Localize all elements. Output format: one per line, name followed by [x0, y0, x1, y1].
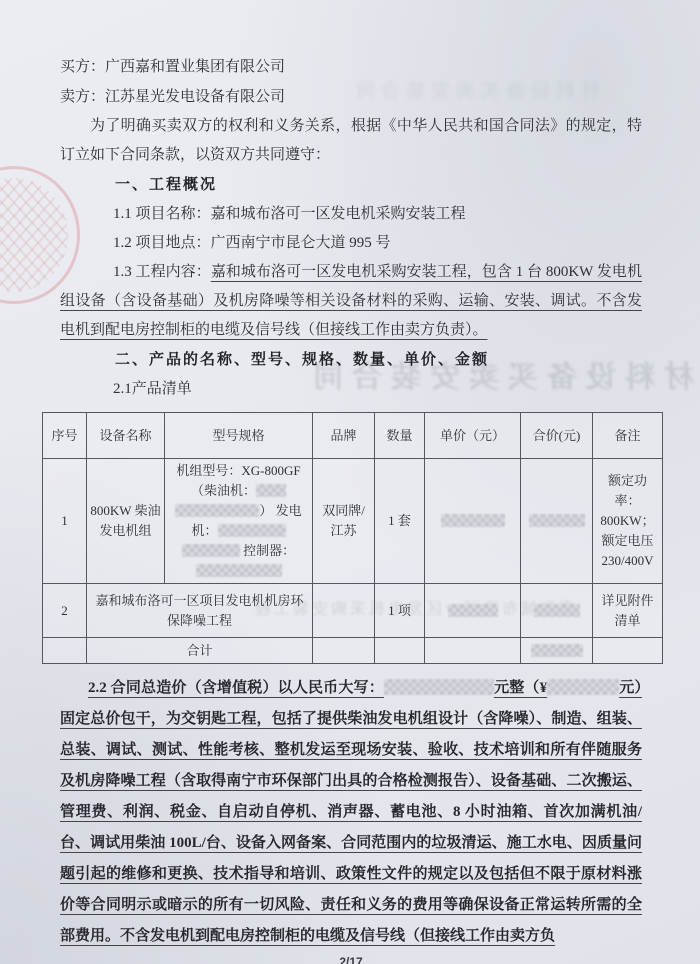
redacted-unit-price — [441, 514, 505, 527]
col-header-total-price: 合价(元) — [521, 413, 593, 459]
row1-name: 800KW 柴油发电机组 — [87, 459, 165, 584]
row1-qty: 1 套 — [375, 459, 425, 584]
total-brand-empty — [313, 638, 375, 664]
col-header-unit-price: 单价（元） — [425, 413, 521, 459]
row1-unit-price — [425, 459, 521, 584]
section-2-heading: 二、产品的名称、型号、规格、数量、单价、金额 — [60, 345, 642, 375]
redacted-amount-figures — [547, 679, 619, 695]
page-number: 2/17 — [60, 955, 642, 964]
col-header-brand: 品牌 — [313, 413, 375, 459]
item-1-3-label: 1.3 工程内容： — [113, 264, 211, 280]
total-remark-empty — [593, 638, 663, 664]
total-label: 合计 — [87, 638, 313, 664]
row2-qty: 1 项 — [375, 584, 425, 638]
seller-line: 卖方：江苏星光发电设备有限公司 — [60, 82, 642, 112]
redacted-engine-value-2 — [175, 504, 259, 517]
row2-remark: 详见附件清单 — [593, 584, 663, 638]
redacted-unit-price-2 — [448, 604, 498, 617]
redacted-grand-total — [531, 644, 583, 657]
redacted-alternator-value — [218, 524, 286, 537]
col-header-no: 序号 — [43, 413, 87, 459]
buyer-line: 买方：广西嘉和置业集团有限公司 — [60, 52, 642, 82]
table-header-row: 序号 设备名称 型号规格 品牌 数量 单价（元） 合价(元) 备注 — [43, 413, 663, 459]
sub-2-1: 2.1产品清单 — [60, 375, 642, 404]
item-1-1: 1.1 项目名称：嘉和城布洛可一区发电机采购安装工程 — [60, 200, 642, 229]
redacted-alternator-value-2 — [182, 544, 240, 557]
total-unit-price-empty — [425, 638, 521, 664]
clause-2-2: 2.2 合同总造价（含增值税）以人民币大写：元整（¥元）固定总价包干，为交钥匙工… — [60, 673, 642, 952]
total-qty-empty — [375, 638, 425, 664]
row2-name: 嘉和城布洛可一区项目发电机机房环保降噪工程 — [87, 584, 313, 638]
total-price — [521, 638, 593, 664]
row1-remark: 额定功率：800KW；额定电压 230/400V — [593, 459, 663, 584]
row2-unit-price — [425, 584, 521, 638]
preamble-paragraph: 为了明确买卖双方的权利和义务关系，根据《中华人民共和国合同法》的规定，特订立如下… — [60, 112, 642, 170]
row1-total-price — [521, 459, 593, 584]
item-1-3: 1.3 工程内容：嘉和城布洛可一区发电机采购安装工程，包含 1 台 800KW … — [60, 258, 642, 345]
row1-spec-controller-label: 控制器： — [243, 543, 295, 558]
item-1-2: 1.2 项目地点：广西南宁市昆仑大道 995 号 — [60, 229, 642, 258]
redacted-controller-value — [196, 564, 282, 577]
clause-2-2-lead: 2.2 合同总造价（含增值税）以人民币大写： — [88, 680, 384, 696]
row1-spec: 机组型号：XG-800GF（柴油机： ） 发电机： 控制器： — [165, 459, 313, 584]
row1-spec-paren: ） — [259, 503, 272, 518]
col-header-remark: 备注 — [593, 413, 663, 459]
row1-no: 1 — [43, 459, 87, 584]
row1-brand: 双同牌/江苏 — [313, 459, 375, 584]
clause-2-2-mid: 元整（¥ — [494, 680, 547, 696]
row2-brand-empty — [313, 584, 375, 638]
redacted-engine-value — [256, 484, 286, 497]
product-list-table: 序号 设备名称 型号规格 品牌 数量 单价（元） 合价(元) 备注 1 800K… — [42, 412, 663, 664]
clause-2-2-body: 元）固定总价包干，为交钥匙工程，包括了提供柴油发电机组设计（含降噪）、制造、组装… — [60, 680, 642, 944]
redacted-total-price — [529, 514, 585, 527]
table-total-row: 合计 — [43, 638, 663, 664]
table-row: 1 800KW 柴油发电机组 机组型号：XG-800GF（柴油机： ） 发电机：… — [43, 459, 663, 584]
document-content: 买方：广西嘉和置业集团有限公司 卖方：江苏星光发电设备有限公司 为了明确买卖双方… — [0, 0, 700, 964]
col-header-name: 设备名称 — [87, 413, 165, 459]
row2-no: 2 — [43, 584, 87, 638]
table-row: 2 嘉和城布洛可一区项目发电机机房环保降噪工程 1 项 详见附件清单 — [43, 584, 663, 638]
contract-page-scan: 材料设备买卖安装合同 材料设备买卖安装合同 嘉和城布洛可一区发电机采购安装工程 … — [0, 0, 700, 964]
redacted-amount-words — [384, 679, 494, 695]
section-1-heading: 一、工程概况 — [60, 170, 642, 200]
col-header-qty: 数量 — [375, 413, 425, 459]
total-no-empty — [43, 638, 87, 664]
col-header-spec: 型号规格 — [165, 413, 313, 459]
redacted-total-price-2 — [534, 604, 580, 617]
row2-total-price — [521, 584, 593, 638]
